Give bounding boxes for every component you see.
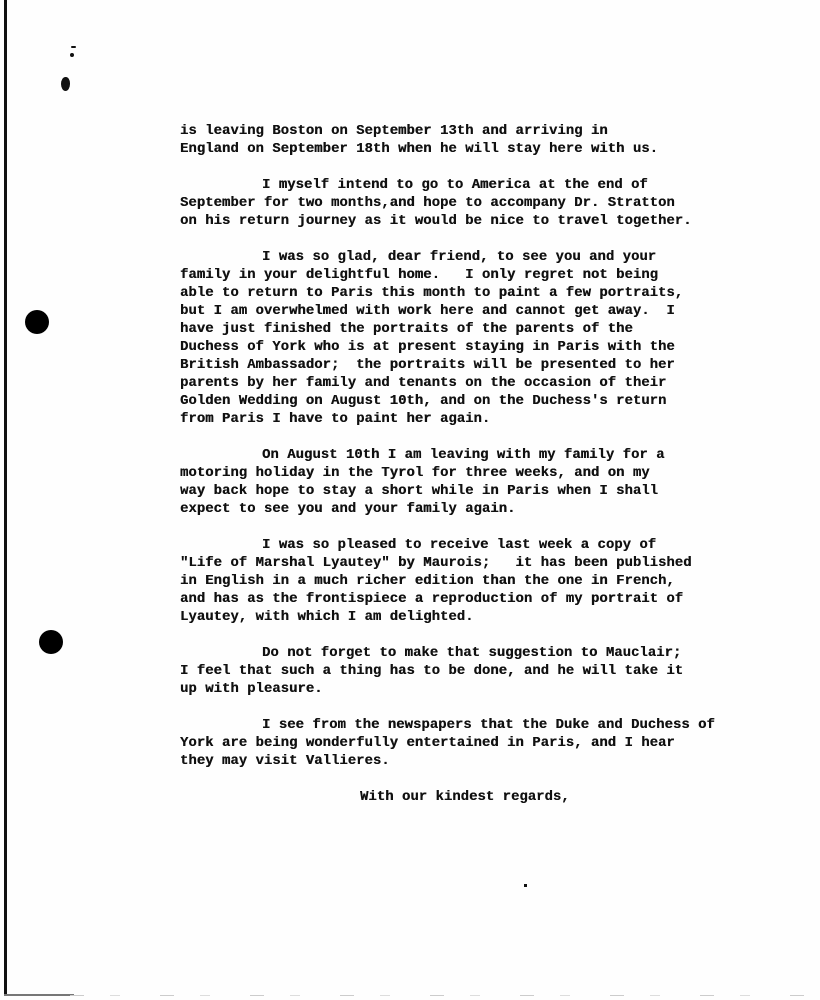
text-line: but I am overwhelmed with work here and … [180, 302, 780, 320]
scan-bottom-specks [70, 995, 810, 996]
text-line: "Life of Marshal Lyautey" by Maurois; it… [180, 554, 780, 572]
text-line: I was so pleased to receive last week a … [180, 536, 780, 554]
text-line: motoring holiday in the Tyrol for three … [180, 464, 780, 482]
text-line: England on September 18th when he will s… [180, 140, 780, 158]
text-line: Duchess of York who is at present stayin… [180, 338, 780, 356]
text-line: is leaving Boston on September 13th and … [180, 122, 780, 140]
text-line: On August 10th I am leaving with my fami… [180, 446, 780, 464]
text-line: on his return journey as it would be nic… [180, 212, 780, 230]
text-line: British Ambassador; the portraits will b… [180, 356, 780, 374]
text-line: expect to see you and your family again. [180, 500, 780, 518]
paragraph-5: I was so pleased to receive last week a … [180, 536, 780, 626]
margin-mark-dot [70, 53, 74, 57]
text-line: Golden Wedding on August 10th, and on th… [180, 392, 780, 410]
text-line: way back hope to stay a short while in P… [180, 482, 780, 500]
punch-hole-bottom [39, 630, 63, 654]
paragraph-2: I myself intend to go to America at the … [180, 176, 780, 230]
scan-left-edge-line [4, 0, 7, 994]
text-line: Lyautey, with which I am delighted. [180, 608, 780, 626]
text-line: have just finished the portraits of the … [180, 320, 780, 338]
text-line: up with pleasure. [180, 680, 780, 698]
text-line: from Paris I have to paint her again. [180, 410, 780, 428]
closing-salutation: With our kindest regards, [180, 788, 780, 806]
paragraph-6: Do not forget to make that suggestion to… [180, 644, 780, 698]
stray-speck [524, 884, 527, 887]
text-line: September for two months,and hope to acc… [180, 194, 780, 212]
letter-body: is leaving Boston on September 13th and … [180, 122, 780, 806]
text-line: York are being wonderfully entertained i… [180, 734, 780, 752]
text-line: able to return to Paris this month to pa… [180, 284, 780, 302]
text-line: family in your delightful home. I only r… [180, 266, 780, 284]
text-line: they may visit Vallieres. [180, 752, 780, 770]
scan-bottom-edge-line [4, 994, 74, 996]
text-line: Do not forget to make that suggestion to… [180, 644, 780, 662]
text-line: and has as the frontispiece a reproducti… [180, 590, 780, 608]
text-line: I was so glad, dear friend, to see you a… [180, 248, 780, 266]
paragraph-4: On August 10th I am leaving with my fami… [180, 446, 780, 518]
paragraph-3: I was so glad, dear friend, to see you a… [180, 248, 780, 428]
text-line: in English in a much richer edition than… [180, 572, 780, 590]
paragraph-7: I see from the newspapers that the Duke … [180, 716, 780, 770]
paragraph-1: is leaving Boston on September 13th and … [180, 122, 780, 158]
margin-mark-small [71, 46, 76, 48]
text-line: I feel that such a thing has to be done,… [180, 662, 780, 680]
text-line: I myself intend to go to America at the … [180, 176, 780, 194]
margin-mark-blot [61, 77, 70, 91]
punch-hole-top [25, 310, 49, 334]
text-line: I see from the newspapers that the Duke … [180, 716, 780, 734]
text-line: parents by her family and tenants on the… [180, 374, 780, 392]
